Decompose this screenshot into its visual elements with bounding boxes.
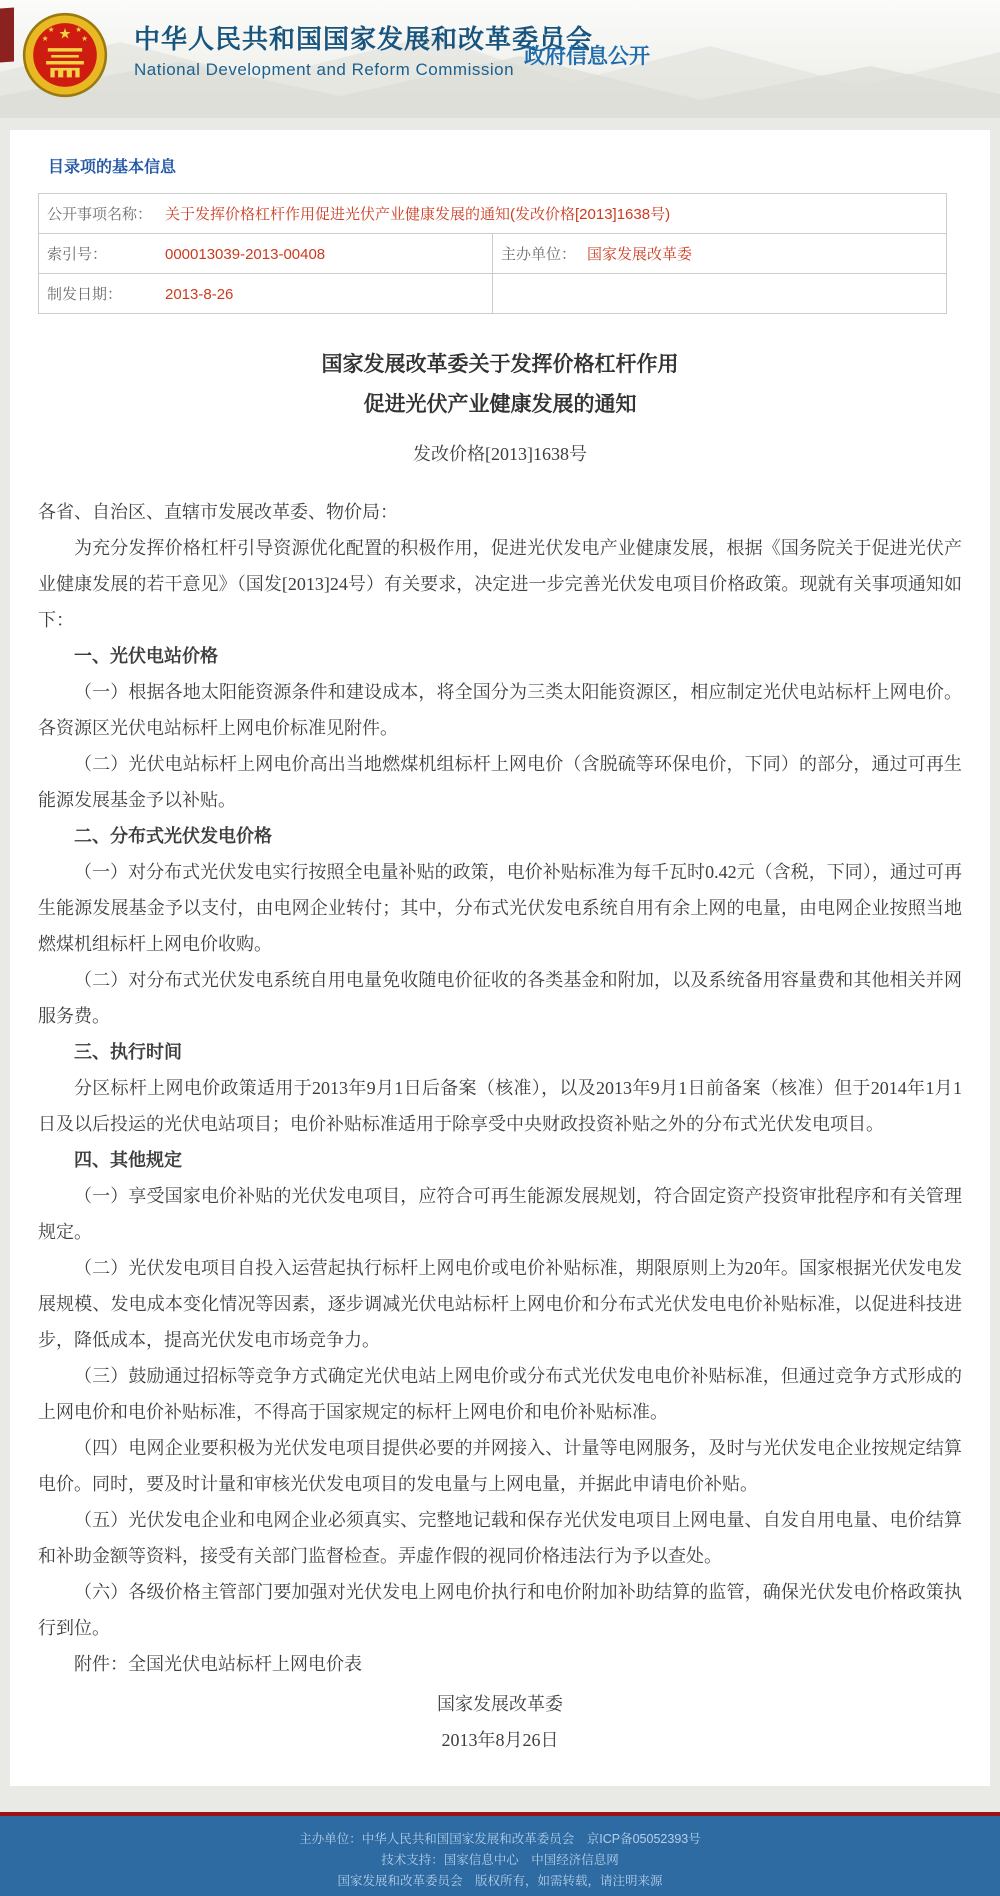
doc-section-heading: 一、光伏电站价格: [38, 638, 962, 674]
table-row-name: 公开事项名称：关于发挥价格杠杆作用促进光伏产业健康发展的通知(发改价格[2013…: [39, 194, 947, 234]
doc-paragraph: （三）鼓励通过招标等竞争方式确定光伏电站上网电价或分布式光伏发电电价补贴标准，但…: [38, 1358, 962, 1430]
page: ★ ★ ★ ★ ★ 中华人民共和国国家发展和改革委员会 National Dev…: [0, 0, 1000, 1896]
empty-cell: [493, 274, 947, 314]
doc-paragraph: （四）电网企业要积极为光伏发电项目提供必要的并网接入、计量等电网服务，及时与光伏…: [38, 1430, 962, 1502]
footer-line-support: 技术支持：国家信息中心 中国经济信息网: [0, 1850, 1000, 1871]
doc-paragraph: （一）对分布式光伏发电实行按照全电量补贴的政策，电价补贴标准为每千瓦时0.42元…: [38, 854, 962, 962]
doc-section-heading: 三、执行时间: [38, 1034, 962, 1070]
doc-paragraph: （二）光伏发电项目自投入运营起执行标杆上网电价或电价补贴标准，期限原则上为20年…: [38, 1250, 962, 1358]
svg-text:★: ★: [42, 34, 49, 43]
doc-paragraph: （六）各级价格主管部门要加强对光伏发电上网电价执行和电价附加补助结算的监管，确保…: [38, 1574, 962, 1646]
name-label: 公开事项名称：: [47, 203, 165, 224]
doc-paragraph: （五）光伏发电企业和电网企业必须真实、完整地记载和保存光伏发电项目上网电量、自发…: [38, 1502, 962, 1574]
document-title-line1: 国家发展改革委关于发挥价格杠杆作用: [38, 344, 962, 384]
name-cell: 公开事项名称：关于发挥价格杠杆作用促进光伏产业健康发展的通知(发改价格[2013…: [39, 194, 947, 234]
svg-text:★: ★: [81, 34, 88, 43]
table-row-index-org: 索引号：000013039-2013-00408 主办单位：国家发展改革委: [39, 234, 947, 274]
doc-section-heading: 四、其他规定: [38, 1142, 962, 1178]
doc-paragraph: 分区标杆上网电价政策适用于2013年9月1日后备案（核准），以及2013年9月1…: [38, 1070, 962, 1142]
doc-paragraph: （一）根据各地太阳能资源条件和建设成本，将全国分为三类太阳能资源区，相应制定光伏…: [38, 674, 962, 746]
document-title-line2: 促进光伏产业健康发展的通知: [38, 384, 962, 424]
signature: 国家发展改革委: [38, 1686, 962, 1722]
doc-paragraph: （二）对分布式光伏发电系统自用电量免收随电价征收的各类基金和附加，以及系统备用容…: [38, 962, 962, 1034]
info-table: 公开事项名称：关于发挥价格杠杆作用促进光伏产业健康发展的通知(发改价格[2013…: [38, 193, 947, 314]
svg-text:★: ★: [58, 27, 71, 43]
china-national-emblem-icon: ★ ★ ★ ★ ★: [22, 12, 108, 98]
document-body: 各省、自治区、直辖市发展改革委、物价局： 为充分发挥价格杠杆引导资源优化配置的积…: [38, 494, 962, 1682]
date-value: 2013-8-26: [165, 286, 233, 303]
org-cell: 主办单位：国家发展改革委: [493, 234, 947, 274]
site-footer: 主办单位：中华人民共和国国家发展和改革委员会 京ICP备05052393号 技术…: [0, 1816, 1000, 1896]
info-section-heading: 目录项的基本信息: [48, 154, 962, 177]
doc-paragraph: （二）光伏电站标杆上网电价高出当地燃煤机组标杆上网电价（含脱硫等环保电价，下同）…: [38, 746, 962, 818]
content-card: 目录项的基本信息 公开事项名称：关于发挥价格杠杆作用促进光伏产业健康发展的通知(…: [10, 130, 990, 1786]
index-value: 000013039-2013-00408: [165, 246, 325, 263]
attachment-note: 附件：全国光伏电站标杆上网电价表: [38, 1646, 962, 1682]
footer-line-copyright: 国家发展和改革委员会 版权所有，如需转载，请注明来源: [0, 1871, 1000, 1892]
signature-date: 2013年8月26日: [38, 1722, 962, 1758]
footer-line-host: 主办单位：中华人民共和国国家发展和改革委员会 京ICP备05052393号: [0, 1829, 1000, 1850]
date-label: 制发日期：: [47, 283, 165, 304]
name-value: 关于发挥价格杠杆作用促进光伏产业健康发展的通知(发改价格[2013]1638号): [165, 206, 670, 223]
document-number: 发改价格[2013]1638号: [38, 440, 962, 466]
org-label: 主办单位：: [501, 243, 587, 264]
svg-text:★: ★: [75, 25, 82, 34]
site-header: ★ ★ ★ ★ ★ 中华人民共和国国家发展和改革委员会 National Dev…: [0, 0, 1000, 118]
document-title: 国家发展改革委关于发挥价格杠杆作用 促进光伏产业健康发展的通知: [38, 344, 962, 424]
org-value: 国家发展改革委: [587, 246, 692, 263]
table-row-date: 制发日期：2013-8-26: [39, 274, 947, 314]
svg-text:★: ★: [48, 25, 55, 34]
date-cell: 制发日期：2013-8-26: [39, 274, 493, 314]
salutation: 各省、自治区、直辖市发展改革委、物价局：: [38, 494, 962, 530]
doc-section-heading: 二、分布式光伏发电价格: [38, 818, 962, 854]
doc-paragraph: 为充分发挥价格杠杆引导资源优化配置的积极作用，促进光伏发电产业健康发展，根据《国…: [38, 530, 962, 638]
index-cell: 索引号：000013039-2013-00408: [39, 234, 493, 274]
doc-paragraph: （一）享受国家电价补贴的光伏发电项目，应符合可再生能源发展规划，符合固定资产投资…: [38, 1178, 962, 1250]
gov-info-disclosure-link[interactable]: 政府信息公开: [524, 40, 650, 70]
flag-decoration: [0, 8, 14, 63]
index-label: 索引号：: [47, 243, 165, 264]
